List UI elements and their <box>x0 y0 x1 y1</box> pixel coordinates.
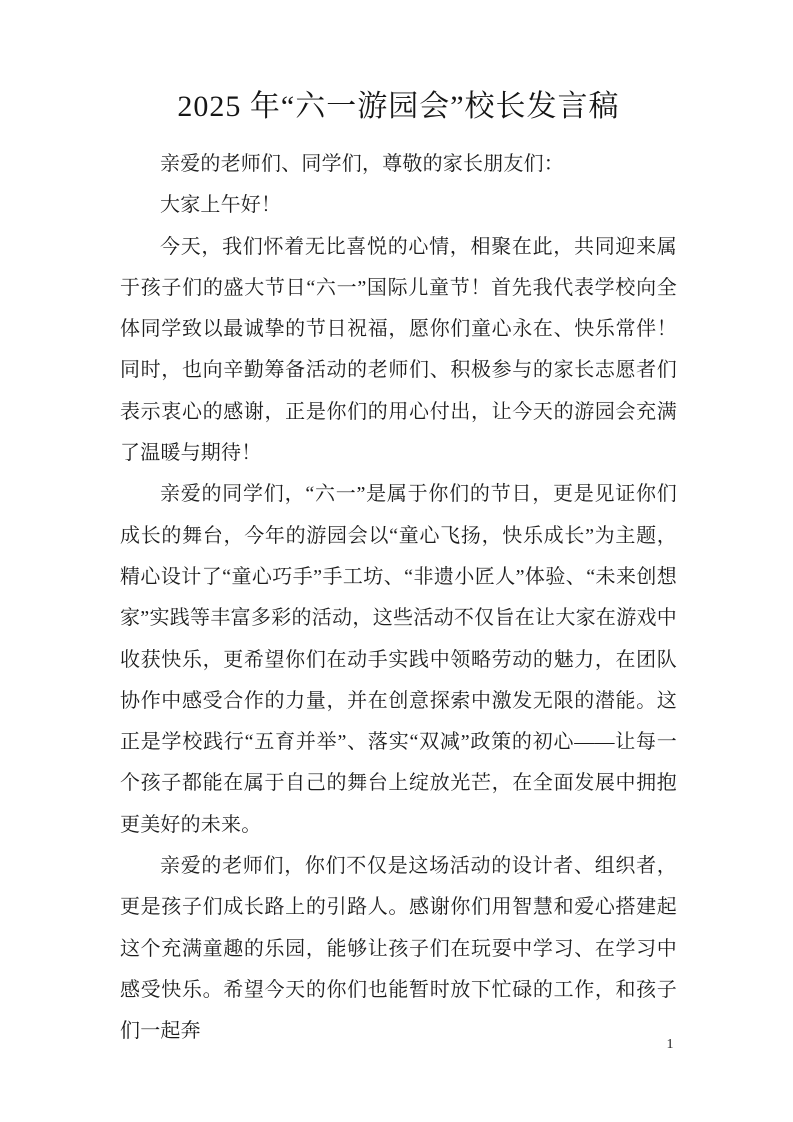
paragraph-salutation: 亲爱的老师们、同学们，尊敬的家长朋友们： <box>120 144 677 185</box>
document-title: 2025 年“六一游园会”校长发言稿 <box>120 84 677 130</box>
paragraph-to-teachers: 亲爱的老师们，你们不仅是这场活动的设计者、组织者，更是孩子们成长路上的引路人。感… <box>120 846 677 1052</box>
page-number: 1 <box>660 1036 680 1054</box>
paragraph-opening-welcome: 今天，我们怀着无比喜悦的心情，相聚在此，共同迎来属于孩子们的盛大节日“六一”国际… <box>120 227 677 475</box>
paragraph-greeting: 大家上午好！ <box>120 185 677 226</box>
document-page: 2025 年“六一游园会”校长发言稿 亲爱的老师们、同学们，尊敬的家长朋友们： … <box>0 0 793 1122</box>
paragraph-to-students: 亲爱的同学们，“六一”是属于你们的节日，更是见证你们成长的舞台，今年的游园会以“… <box>120 474 677 846</box>
document-body: 2025 年“六一游园会”校长发言稿 亲爱的老师们、同学们，尊敬的家长朋友们： … <box>120 84 677 1053</box>
